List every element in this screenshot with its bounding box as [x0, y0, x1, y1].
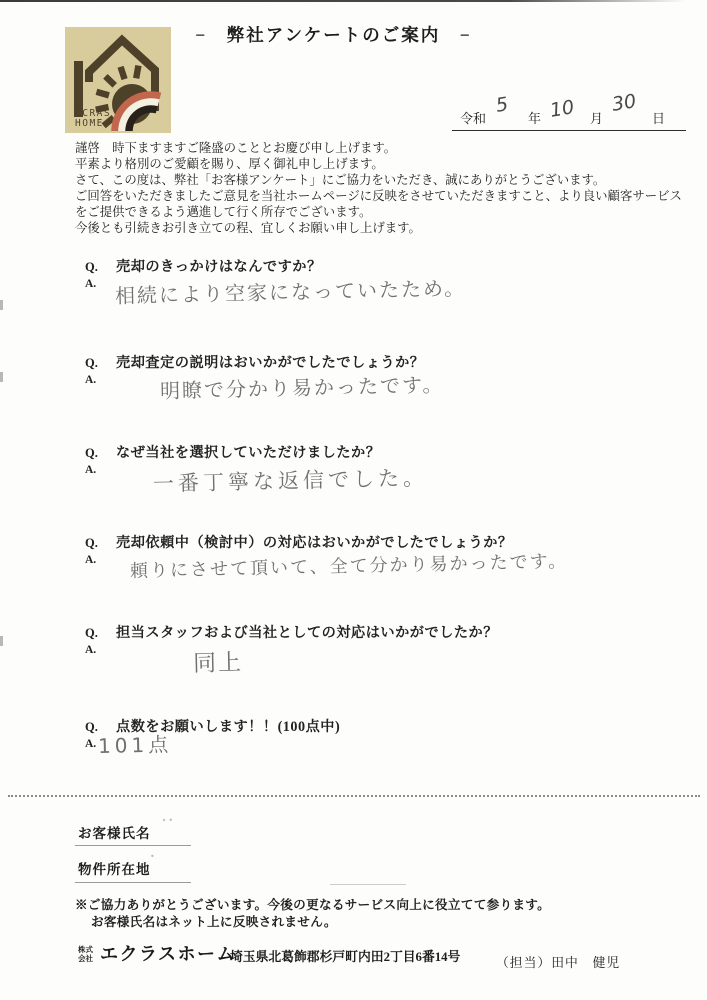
- date-month-value: 10: [548, 96, 575, 122]
- handwritten-answer: 同上: [193, 644, 244, 678]
- qa-block-2: Q. 売却査定の説明はおいかがでしたでしょうか？ A. 明瞭で分かり易かったです…: [85, 352, 685, 444]
- company-address: 埼玉県北葛飾郡杉戸町内田2丁目6番14号: [230, 946, 460, 965]
- question-label: Q.: [85, 446, 116, 461]
- qa-block-4: Q. 売却依頼中（検討中）の対応はおいかがでしたでしょうか？ A. 頼りにさせて…: [85, 532, 685, 624]
- property-location-label: 物件所在地: [78, 858, 151, 878]
- question-text: なぜ当社を選択していただけましたか？: [116, 442, 380, 462]
- question-text: 売却のきっかけはなんですか？: [116, 256, 322, 276]
- handwritten-answer: 明瞭で分かり易かったです。: [160, 369, 445, 404]
- page-title: − 弊社アンケートのご案内 −: [0, 22, 667, 47]
- question-text: 売却査定の説明はおいかがでしたでしょうか？: [116, 352, 424, 372]
- customer-name-field-line: [75, 845, 191, 846]
- qa-block-1: Q. 売却のきっかけはなんですか？ A. 相続により空家になっていたため。: [85, 256, 685, 348]
- scan-artifact-left-tick: [0, 300, 3, 310]
- erased-pencil-mark: ‣ •: [162, 816, 173, 825]
- thanks-note-line2: お客様氏名はネット上に反映されません。: [91, 911, 337, 930]
- greeting-line: 謹啓 時下ますますご隆盛のこととお慶び申し上げます。: [75, 141, 695, 157]
- staff-in-charge: （担当）田中 健児: [496, 952, 620, 971]
- erased-pencil-mark: •: [150, 852, 155, 861]
- company-prefix: 株式 会社: [78, 946, 93, 963]
- date-year-value: 5: [494, 93, 509, 117]
- company-prefix-line2: 会社: [78, 955, 93, 964]
- greeting-line: 今後とも引続きお引き立ての程、宜しくお願い申し上げます。: [75, 221, 695, 237]
- answer-label: A.: [85, 644, 685, 656]
- question-label: Q.: [85, 626, 116, 641]
- survey-document: ECRAS HOME − 弊社アンケートのご案内 − 令和 5 年 10 月 3…: [0, 0, 707, 1000]
- scan-artifact-top-edge: [0, 0, 707, 2]
- question-label: Q.: [85, 260, 116, 275]
- scan-artifact-left-tick: [0, 372, 3, 382]
- date-era-label: 令和: [460, 108, 486, 127]
- greeting-line: ご回答をいただきましたご意見を当社ホームページに反映をさせていただきますこと、よ…: [75, 189, 695, 205]
- greeting-paragraph: 謹啓 時下ますますご隆盛のこととお慶び申し上げます。 平素より格別のご愛顧を賜り…: [75, 141, 695, 236]
- date-line: 令和 5 年 10 月 30 日: [452, 98, 686, 131]
- qa-block-5: Q. 担当スタッフおよび当社としての対応はいかがでしたか？ A. 同上: [85, 622, 685, 714]
- dotted-separator: [8, 795, 700, 797]
- handwritten-answer: 一番丁寧な返信でした。: [153, 462, 429, 498]
- greeting-line: をご提供できるよう邁進して行く所存でございます。: [75, 205, 695, 221]
- question-label: Q.: [85, 536, 116, 551]
- question-text: 担当スタッフおよび当社としての対応はいかがでしたか？: [116, 622, 498, 642]
- customer-name-label: お客様氏名: [78, 822, 151, 842]
- greeting-line: さて、この度は、弊社「お客様アンケート」にご協力をいただき、誠にありがとうござい…: [75, 173, 695, 189]
- question-label: Q.: [85, 356, 116, 371]
- handwritten-answer: 頼りにさせて頂いて、全て分かり易かったです。: [130, 547, 569, 583]
- answer-label: A.: [85, 738, 685, 750]
- scan-artifact-left-tick: [0, 636, 3, 646]
- faint-scan-line: [330, 884, 406, 885]
- property-location-field-line: [75, 882, 191, 883]
- date-year-label: 年: [528, 108, 541, 127]
- logo-text-line2: HOME: [75, 118, 104, 129]
- handwritten-answer: 101点: [98, 728, 173, 759]
- qa-block-3: Q. なぜ当社を選択していただけましたか？ A. 一番丁寧な返信でした。: [85, 442, 685, 534]
- company-name: エクラスホーム: [100, 940, 236, 966]
- date-month-label: 月: [590, 108, 603, 127]
- greeting-line: 平素より格別のご愛顧を賜り、厚く御礼申し上げます。: [75, 157, 695, 173]
- date-day-label: 日: [652, 108, 665, 127]
- date-day-value: 30: [610, 90, 637, 116]
